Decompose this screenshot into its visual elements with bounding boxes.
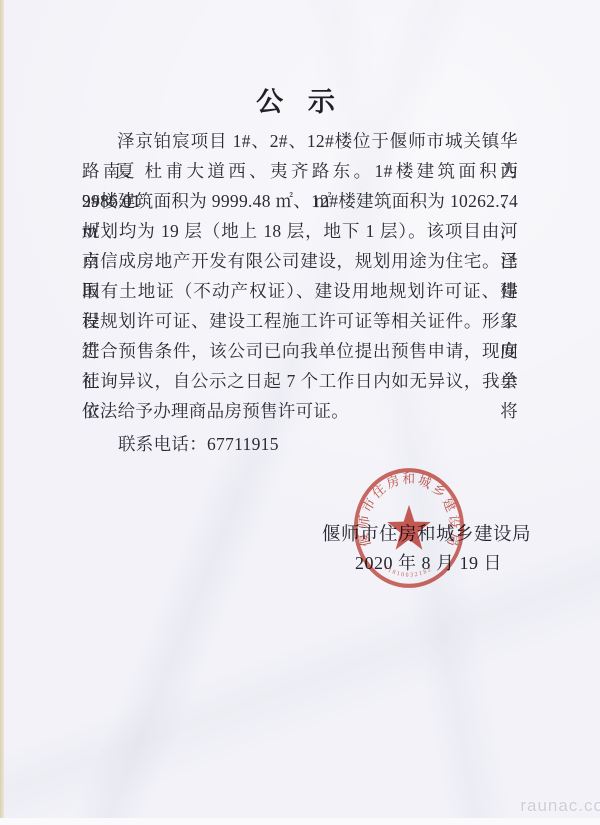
- scan-edge-left: [0, 0, 4, 825]
- notice-title: 公 示: [0, 80, 600, 119]
- body-line: 符合预售条件，该公司已向我单位提出预售申请，现向社会: [82, 336, 518, 366]
- scan-edge-bottom: [0, 818, 600, 825]
- watermark: raunac.co: [520, 796, 600, 816]
- body-line: 2#楼建筑面积为 9999.48 ㎡、12#楼建筑面积为 10262.74 ㎡，: [82, 186, 518, 216]
- body-line: 京信成房地产开发有限公司建设，规划用途为住宅。已取得: [82, 246, 518, 276]
- body-line: 规划均为 19 层（地上 18 层，地下 1 层）。该项目由河南泽: [82, 216, 518, 246]
- scanned-notice-page: 公 示 泽京铂宸项目 1#、2#、12#楼位于偃师市城关镇华夏西 路南、杜甫大道…: [0, 0, 600, 825]
- body-line: 国有土地证（不动产权证）、建设用地规划许可证、建设工: [82, 276, 518, 306]
- notice-body: 泽京铂宸项目 1#、2#、12#楼位于偃师市城关镇华夏西 路南、杜甫大道西、夷齐…: [82, 126, 518, 459]
- signature-date: 2020 年 8 月 19 日: [355, 549, 502, 575]
- body-line: 路南、杜甫大道西、夷齐路东。1#楼建筑面积为 9986.01 ㎡、: [82, 156, 518, 186]
- signature-agency: 偃师市住房和城乡建设局: [322, 520, 531, 546]
- contact-phone-line: 联系电话：67711915: [82, 429, 518, 459]
- body-line: 程规划许可证、建设工程施工许可证等相关证件。形象进度: [82, 306, 518, 336]
- body-line: 征询异议，自公示之日起 7 个工作日内如无异议，我单位将: [82, 366, 518, 396]
- body-line: 泽京铂宸项目 1#、2#、12#楼位于偃师市城关镇华夏西: [82, 126, 518, 156]
